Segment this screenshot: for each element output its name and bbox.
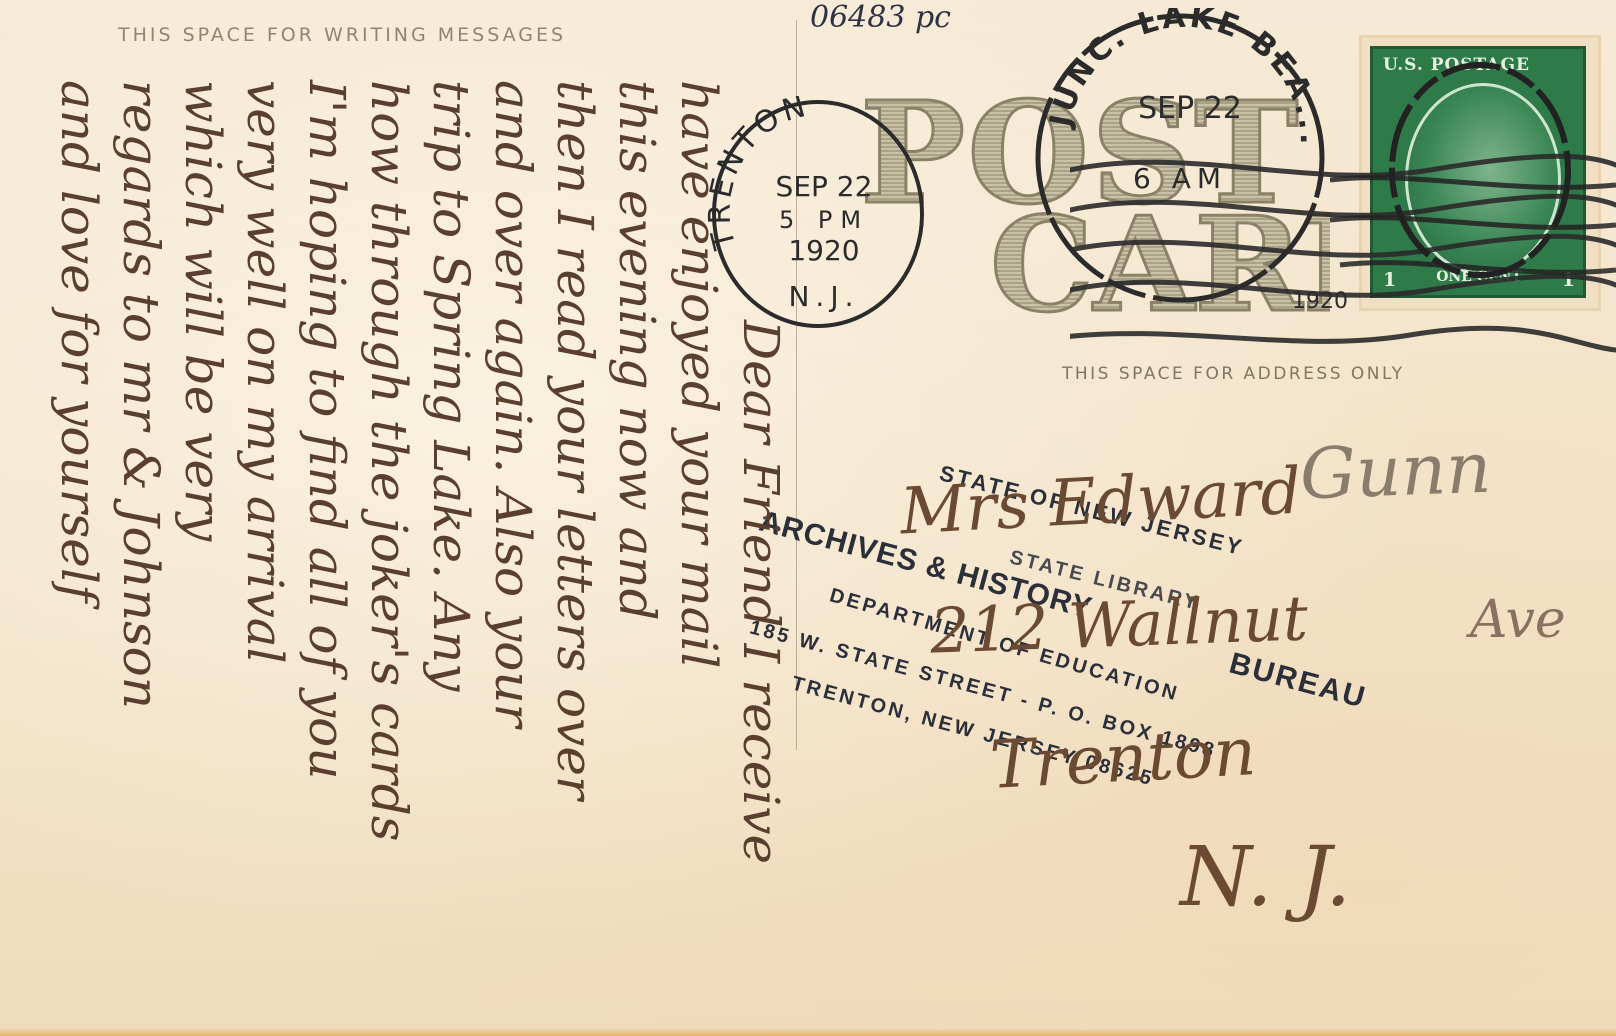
message-line: and over again. Also your	[484, 80, 542, 727]
address-city: Trenton	[988, 713, 1258, 804]
address-street-suffix: Ave	[1470, 590, 1566, 650]
svg-text:JUNC. LAKE BEA...: JUNC. LAKE BEA...	[1043, 8, 1328, 148]
message-line: regards to mr & Johnson	[112, 80, 170, 709]
message-line: and love for yourself	[50, 80, 108, 602]
stamp-cancel-mark	[1330, 20, 1616, 310]
address-street: 212 Wallnut	[929, 581, 1309, 667]
message-line: I'm hoping to find all of you	[298, 80, 356, 780]
svg-text:SEP 22: SEP 22	[1138, 91, 1242, 126]
message-line: Dear Friend I receive	[732, 320, 790, 864]
message-line: very well on my arrival	[236, 80, 294, 664]
postcard: THIS SPACE FOR WRITING MESSAGES THIS SPA…	[0, 0, 1616, 1036]
message-line: have enjoyed your mail	[670, 80, 728, 668]
message-line: trip to Spring Lake. Any	[422, 80, 480, 691]
handwritten-message: Dear Friend I receivehave enjoyed your m…	[0, 40, 800, 1030]
address-surname: Gunn	[1299, 427, 1493, 516]
stamp-bureau-line: BUREAU	[1226, 647, 1370, 716]
address-space-heading: THIS SPACE FOR ADDRESS ONLY	[1062, 364, 1405, 384]
message-line: then I read your letters over	[546, 80, 604, 800]
archive-number: 06483 pc	[810, 0, 951, 35]
address-state: N. J.	[1180, 830, 1351, 925]
message-line: how through the joker's cards	[360, 80, 418, 841]
message-line: this evening now and	[608, 80, 666, 621]
message-line: which will be very	[174, 80, 232, 541]
